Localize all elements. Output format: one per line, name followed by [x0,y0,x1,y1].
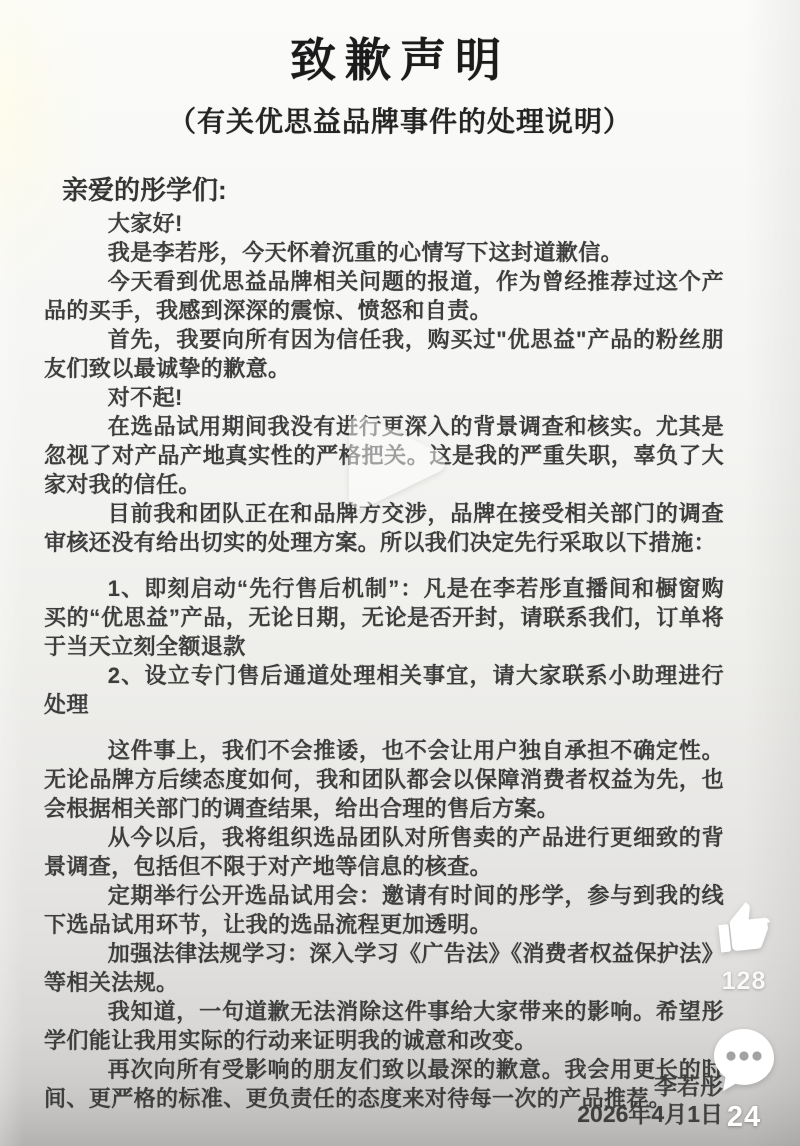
comment-bubble-icon [710,1081,778,1098]
document-title: 致歉声明 [0,24,800,90]
document-subtitle: （有关优思益品牌事件的处理说明） [0,100,800,140]
paragraph: 这件事上，我们不会推诿，也不会让用户独自承担不确定性。无论品牌方后续态度如何，我… [44,736,724,823]
paragraph: 大家好! [44,209,724,238]
comment-control[interactable]: 24 [710,1026,778,1134]
paragraph: 1、即刻启动“先行售后机制”：凡是在李若彤直播间和橱窗购买的“优思益”产品，无论… [44,574,724,661]
like-control[interactable]: 128 [710,900,778,996]
like-count: 128 [710,967,778,996]
paragraph: 我知道，一句道歉无法消除这件事给大家带来的影响。希望彤学们能让我用实际的行动来证… [44,997,724,1055]
paragraph: 对不起! [44,383,724,412]
paragraph: 首先，我要向所有因为信任我，购买过"优思益"产品的粉丝朋友们致以最诚挚的歉意。 [44,325,724,383]
comment-count: 24 [710,1101,778,1134]
video-frame: 致歉声明 （有关优思益品牌事件的处理说明） 亲爱的彤学们: 大家好!我是李若彤，… [0,0,800,1146]
paragraph: 定期举行公开选品试用会：邀请有时间的彤学，参与到我的线下选品试用环节，让我的选品… [44,881,724,939]
paragraph: 今天看到优思益品牌相关问题的报道，作为曾经推荐过这个产品的买手，我感到深深的震惊… [44,267,724,325]
paragraph: 从今以后，我将组织选品团队对所售卖的产品进行更细致的背景调查，包括但不限于对产地… [44,823,724,881]
document-text-block: 亲爱的彤学们: 大家好!我是李若彤，今天怀着沉重的心情写下这封道歉信。今天看到优… [0,170,800,1113]
document-body: 大家好!我是李若彤，今天怀着沉重的心情写下这封道歉信。今天看到优思益品牌相关问题… [44,209,724,1113]
signature-name: 李若彤 [577,1072,723,1100]
apology-document: 致歉声明 （有关优思益品牌事件的处理说明） 亲爱的彤学们: 大家好!我是李若彤，… [0,0,800,1113]
signature-date: 2026年4月1日 [577,1100,723,1128]
paragraph: 2、设立专门售后通道处理相关事宜，请大家联系小助理进行处理 [44,661,724,719]
play-icon[interactable] [346,412,450,512]
greeting-line: 亲爱的彤学们: [62,170,724,207]
thumbs-up-icon [714,947,774,964]
paragraph: 我是李若彤，今天怀着沉重的心情写下这封道歉信。 [44,238,724,267]
paragraph: 加强法律法规学习：深入学习《广告法》《消费者权益保护法》等相关法规。 [44,939,724,997]
signature-block: 李若彤 2026年4月1日 [577,1072,723,1128]
